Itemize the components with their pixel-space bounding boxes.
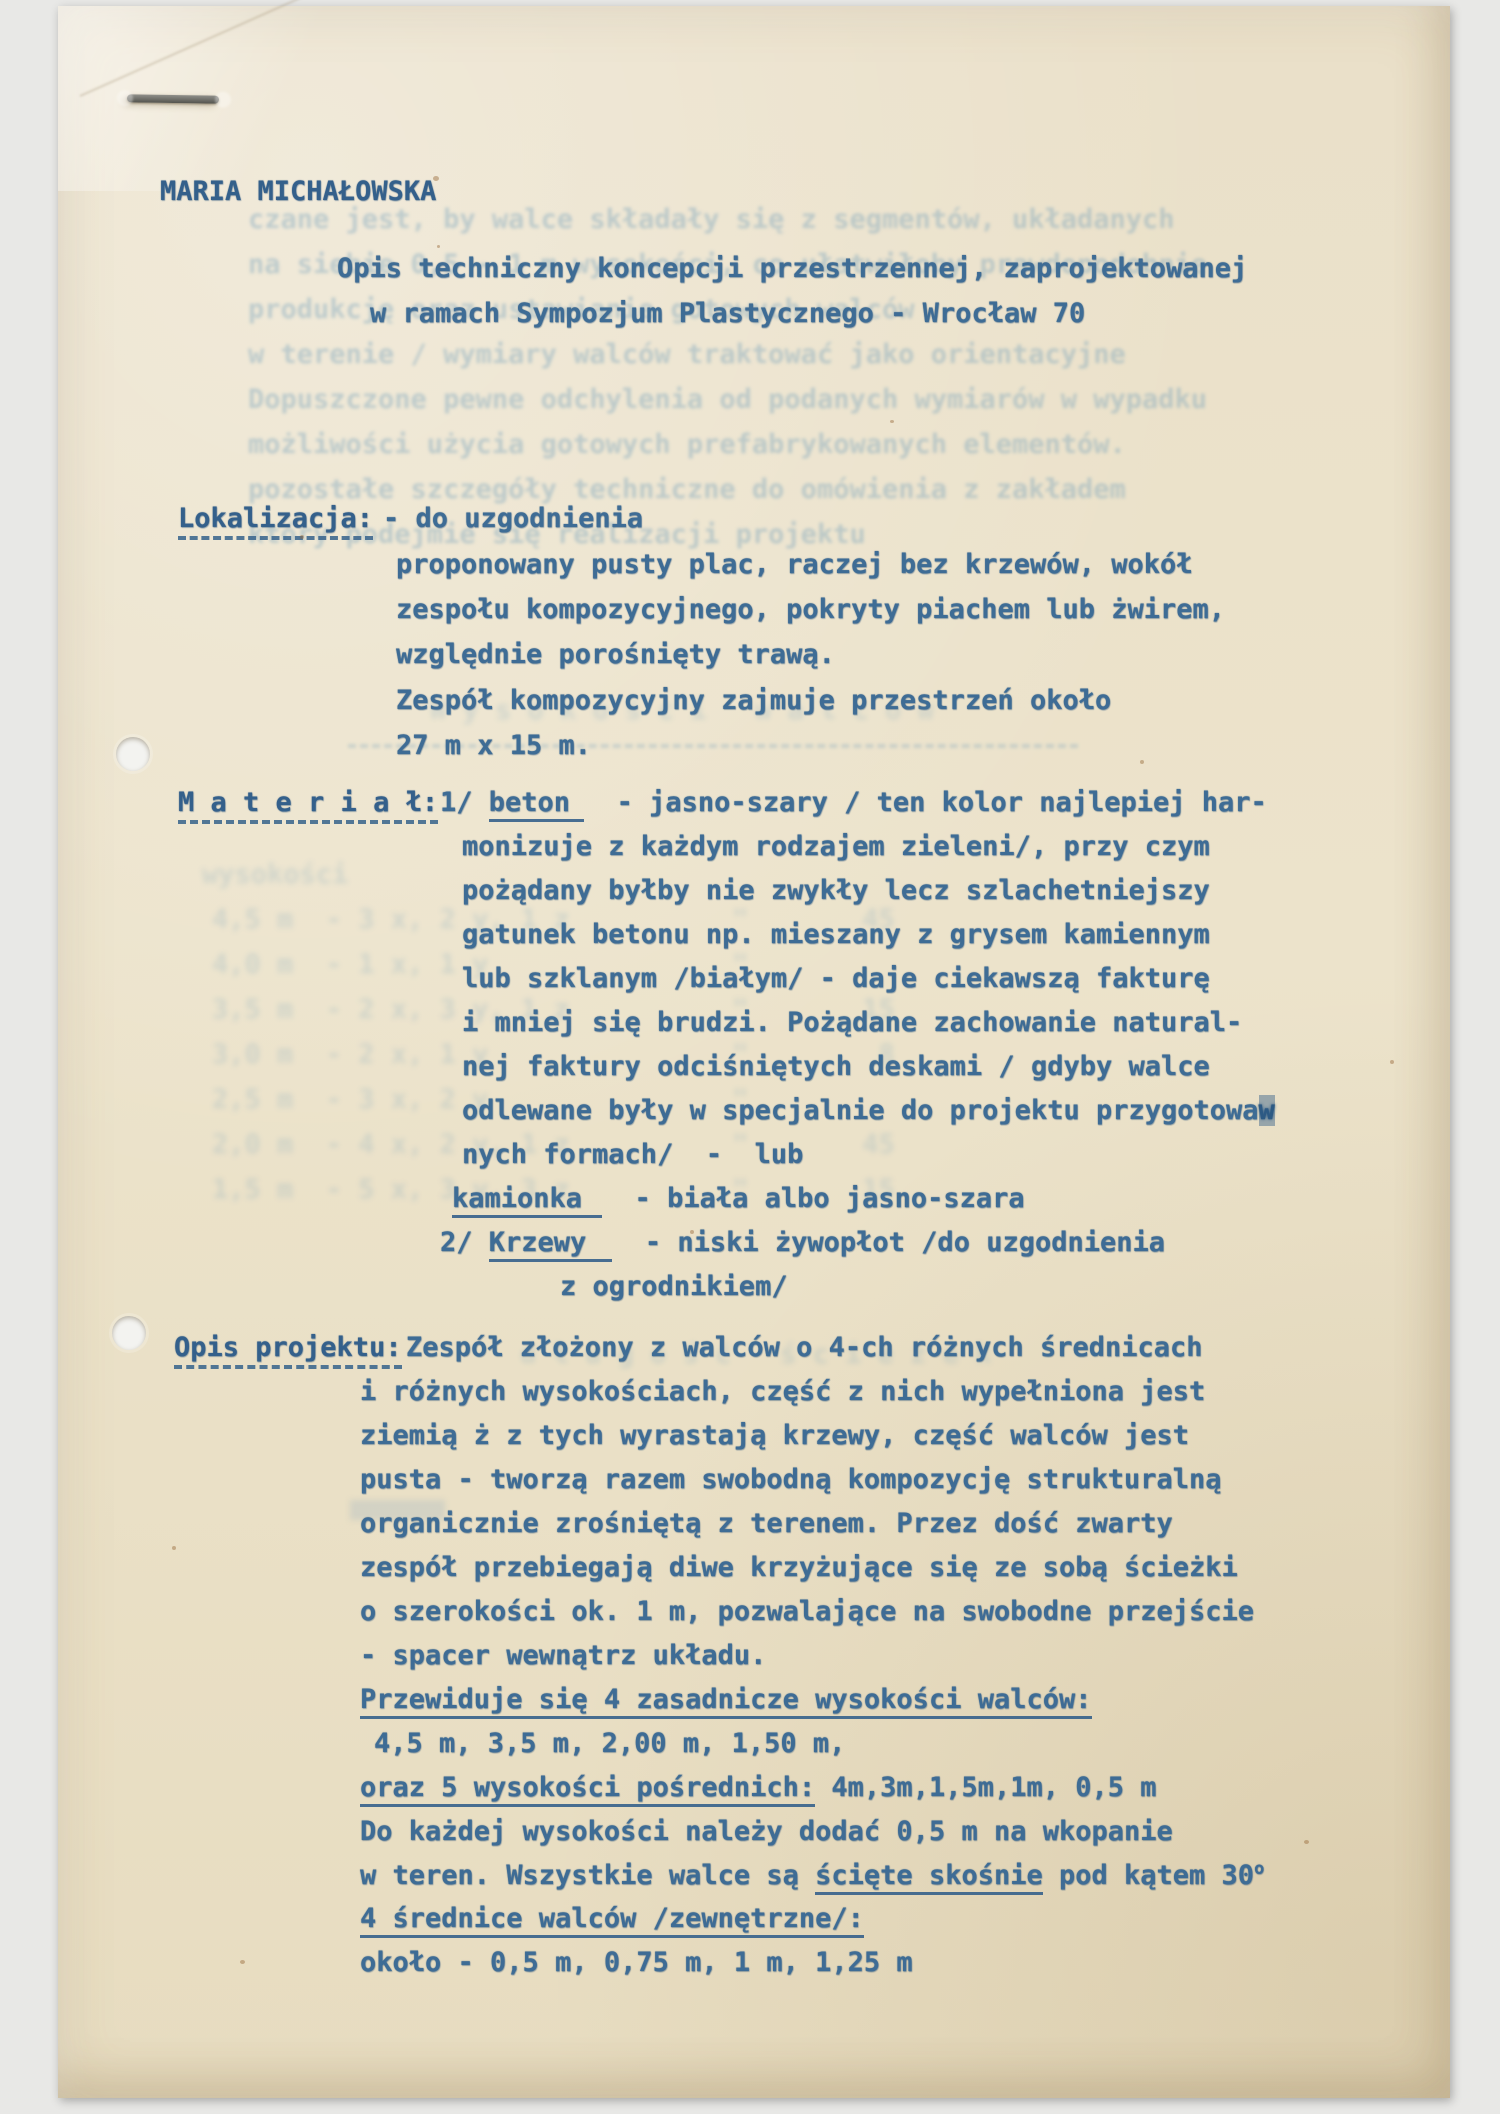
typed-line: gatunek betonu np. mieszany z grysem kam… [462,913,1210,957]
item-text: - niski żywopłot /do uzgodnienia [612,1227,1165,1258]
page-content: czane jest, by walce składały się z segm… [0,0,1500,2114]
bleed-through-line: możliwości użycia gotowych prefabrykowan… [248,422,1126,467]
section-label-material: M a t e r i a ł: [178,781,438,825]
paper-speck [433,176,439,181]
typed-line: względnie porośnięty trawą. [396,633,835,677]
diameters-values: około - 0,5 m, 0,75 m, 1 m, 1,25 m [360,1941,913,1985]
item-text: - jasno-szary / ten kolor najlepiej har- [584,787,1267,818]
lokalizacja-value: - do uzgodnienia [383,497,643,541]
underlined-text: oraz 5 wysokości pośrednich: [360,1772,815,1807]
typed-text: 4m,3m,1,5m,1m, 0,5 m [815,1772,1156,1803]
typed-line: organicznie zrośniętą z terenem. Przez d… [360,1502,1173,1546]
paper-speck [300,535,304,539]
typed-line: nej faktury odciśniętych deskami / gdyby… [462,1045,1210,1089]
typed-text: odlewane były w specjalnie do projektu p… [462,1095,1259,1126]
typed-text: pod kątem 30 [1043,1860,1254,1891]
material-kamionka-line: kamionka - biała albo jasno-szara [452,1177,1025,1221]
material-item-2: 2/ Krzewy - niski żywopłot /do uzgodnien… [440,1221,1165,1265]
material-item-1: 1/ beton - jasno-szary / ten kolor najle… [440,781,1267,825]
punch-hole-bottom [112,1316,146,1350]
typed-line: z ogrodnikiem/ [560,1265,788,1309]
typed-line: ziemią ż z tych wyrastają krzewy, część … [360,1414,1189,1458]
section-label-lokalizacja: Lokalizacja: [178,497,373,541]
item-number: 2/ [440,1227,489,1258]
paper-speck [890,420,894,423]
typed-line: i różnych wysokościach, część z nich wyp… [360,1370,1205,1414]
typed-line: Zespół złożony z walców o 4-ch różnych ś… [406,1326,1203,1370]
diameters-heading: 4 średnice walców /zewnętrzne/: [360,1897,864,1941]
title-line-2: w ramach Sympozjum Plastycznego - Wrocła… [370,292,1085,336]
typed-line: proponowany pusty plac, raczej bez krzew… [396,543,1193,587]
term-kamionka: kamionka [452,1183,602,1218]
typed-line: monizuje z każdym rodzajem zieleni/, prz… [462,825,1210,869]
typed-line: pożądany byłby nie zwykły lecz szlachetn… [462,869,1210,913]
paper-speck [1140,760,1144,764]
bleed-through-line: Dopuszczone pewne odchylenia od podanych… [248,377,1207,422]
paper-speck [690,1230,694,1234]
paper-speck [240,1960,245,1964]
typed-line: i mniej się brudzi. Pożądane zachowanie … [462,1001,1242,1045]
term-krzewy: Krzewy [489,1227,613,1262]
paper-speck [1304,1840,1309,1844]
underlined-text: ścięte skośnie [815,1860,1043,1895]
typed-line: zespół przebiegają diwe krzyżujące się z… [360,1546,1238,1590]
degree-superscript: o [1254,1859,1264,1879]
typed-line: 27 m x 15 m. [396,724,591,768]
paper-speck [437,245,440,248]
typed-line: zespołu kompozycyjnego, pokryty piachem … [396,588,1225,632]
lokalizacja-label-text: Lokalizacja: [178,503,373,540]
item-number: 1/ [440,787,489,818]
typed-line: lub szklanym /białym/ - daje ciekawszą f… [462,957,1210,1001]
term-beton: beton [489,787,584,822]
overstruck-character: w [1259,1095,1275,1126]
paper-speck [172,1546,176,1550]
bleed-through-line: wysokości [202,852,348,897]
heights-heading: Przewiduje się 4 zasadnicze wysokości wa… [360,1678,1092,1722]
typed-line: Do każdej wysokości należy dodać 0,5 m n… [360,1810,1173,1854]
paper-speck [1390,1060,1394,1064]
title-line-1: Opis techniczny koncepcji przestrzennej,… [337,247,1247,291]
opis-label-text: Opis projektu: [174,1332,402,1369]
bleed-through-line: w terenie / wymiary walców traktować jak… [248,332,1126,377]
material-label-text: M a t e r i a ł: [178,787,438,824]
typed-line: odlewane były w specjalnie do projektu p… [462,1089,1275,1133]
item-text: - biała albo jasno-szara [602,1183,1025,1214]
section-label-opis-projektu: Opis projektu: [174,1326,402,1370]
typed-line: - spacer wewnątrz układu. [360,1634,766,1678]
typed-line: Zespół kompozycyjny zajmuje przestrzeń o… [396,679,1111,723]
staple [127,94,219,103]
author-name: MARIA MICHAŁOWSKA [160,170,436,214]
underlined-text: Przewiduje się 4 zasadnicze wysokości wa… [360,1684,1092,1719]
intermediate-heights-line: oraz 5 wysokości pośrednich: 4m,3m,1,5m,… [360,1766,1157,1810]
typed-line: nych formach/ - lub [462,1133,803,1177]
bleed-through-line: pozostałe szczegóły techniczne do omówie… [248,467,1126,512]
underlined-text: 4 średnice walców /zewnętrzne/: [360,1903,864,1938]
typed-line: o szerokości ok. 1 m, pozwalające na swo… [360,1590,1254,1634]
typed-text: w teren. Wszystkie walce są [360,1860,815,1891]
punch-hole-top [116,737,150,771]
typed-line: pusta - tworzą razem swobodną kompozycję… [360,1458,1222,1502]
cut-angle-line: w teren. Wszystkie walce są ścięte skośn… [360,1854,1264,1898]
scanned-document: { "colors": { "ink": "#3e6c95", "paper":… [0,0,1500,2114]
heights-values: 4,5 m, 3,5 m, 2,00 m, 1,50 m, [374,1722,845,1766]
